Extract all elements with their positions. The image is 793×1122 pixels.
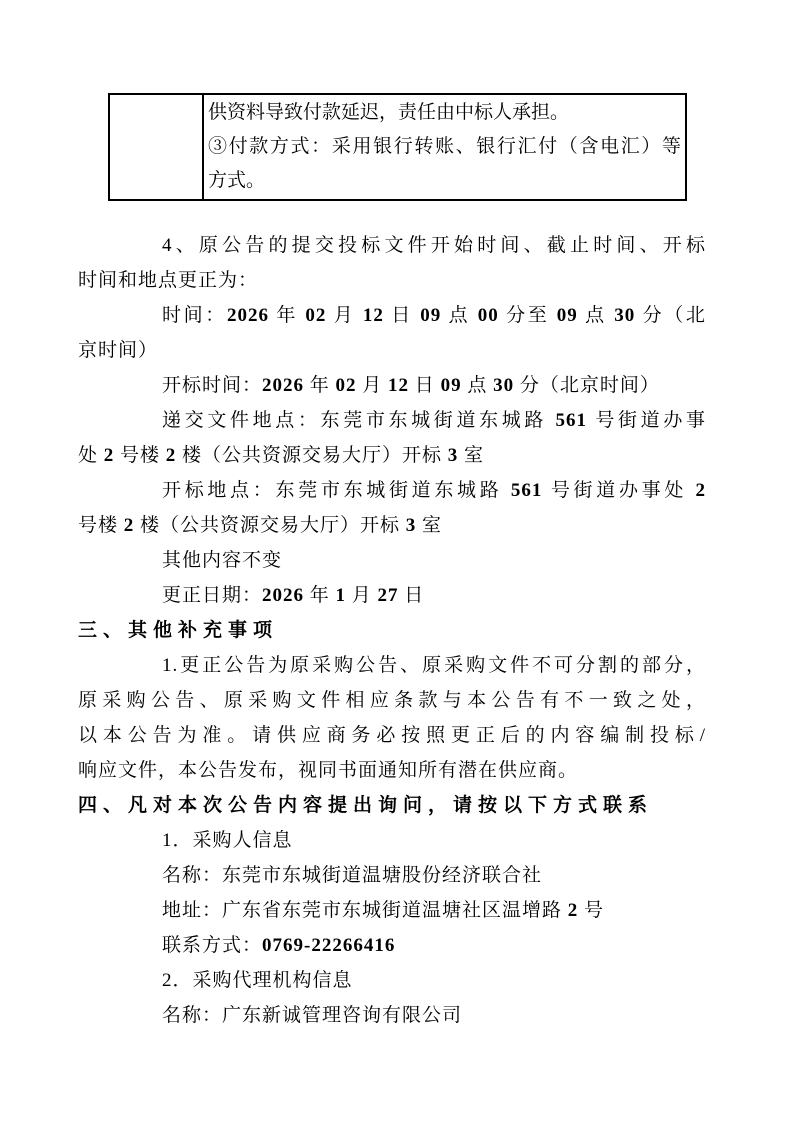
paragraph: 1.更正公告为原采购公告、原采购文件不可分割的部分，原采购公告、原采购文件相应条…	[78, 648, 706, 788]
text-line: 三、其他补充事项	[78, 613, 706, 648]
text-line: 联系方式：0769-22266416	[78, 928, 706, 963]
document-content: 供资料导致付款延迟，责任由中标人承担。③付款方式：采用银行转账、银行汇付（含电汇…	[78, 0, 706, 1033]
paragraph: 开标时间：2026 年 02 月 12 日 09 点 30 分（北京时间）	[78, 368, 706, 403]
text-line: 递交文件地点：东莞市东城街道东城路 561 号街道办事	[78, 403, 706, 438]
paragraph: 其他内容不变	[78, 543, 706, 578]
text-line: 开标地点：东莞市东城街道东城路 561 号街道办事处 2	[78, 473, 706, 508]
paragraph: 4、原公告的提交投标文件开始时间、截止时间、开标时间和地点更正为：	[78, 228, 706, 298]
text-line: 地址：广东省东莞市东城街道温塘社区温增路 2 号	[78, 893, 706, 928]
announcement-body: 4、原公告的提交投标文件开始时间、截止时间、开标时间和地点更正为：时间：2026…	[78, 228, 706, 1033]
text-line: 名称：广东新诚管理咨询有限公司	[78, 998, 706, 1033]
text-line: 京时间）	[78, 333, 706, 368]
text-line: ③付款方式：采用银行转账、银行汇付（含电汇）等	[208, 130, 681, 164]
text-line: 1.更正公告为原采购公告、原采购文件不可分割的部分，	[78, 648, 706, 683]
payment-terms-table: 供资料导致付款延迟，责任由中标人承担。③付款方式：采用银行转账、银行汇付（含电汇…	[108, 93, 687, 201]
text-line: 以本公告为准。请供应商务必按照更正后的内容编制投标/	[78, 718, 706, 753]
paragraph: 四、凡对本次公告内容提出询问，请按以下方式联系	[78, 788, 706, 823]
paragraph: 2．采购代理机构信息	[78, 963, 706, 998]
paragraph: 三、其他补充事项	[78, 613, 706, 648]
text-line: 时间和地点更正为：	[78, 263, 706, 298]
paragraph: 时间：2026 年 02 月 12 日 09 点 00 分至 09 点 30 分…	[78, 298, 706, 368]
paragraph: 递交文件地点：东莞市东城街道东城路 561 号街道办事处 2 号楼 2 楼（公共…	[78, 403, 706, 473]
paragraph: 联系方式：0769-22266416	[78, 928, 706, 963]
text-line: 开标时间：2026 年 02 月 12 日 09 点 30 分（北京时间）	[78, 368, 706, 403]
text-line: 时间：2026 年 02 月 12 日 09 点 00 分至 09 点 30 分…	[78, 298, 706, 333]
paragraph: 供资料导致付款延迟，责任由中标人承担。	[208, 96, 681, 130]
text-line: 其他内容不变	[78, 543, 706, 578]
text-line: 四、凡对本次公告内容提出询问，请按以下方式联系	[78, 788, 706, 823]
text-line: 4、原公告的提交投标文件开始时间、截止时间、开标	[78, 228, 706, 263]
paragraph: ③付款方式：采用银行转账、银行汇付（含电汇）等方式。	[208, 130, 681, 198]
text-line: 2．采购代理机构信息	[78, 963, 706, 998]
paragraph: 名称：东莞市东城街道温塘股份经济联合社	[78, 858, 706, 893]
text-line: 供资料导致付款延迟，责任由中标人承担。	[208, 96, 681, 130]
text-line: 1．采购人信息	[78, 823, 706, 858]
text-line: 名称：东莞市东城街道温塘股份经济联合社	[78, 858, 706, 893]
paragraph: 地址：广东省东莞市东城街道温塘社区温增路 2 号	[78, 893, 706, 928]
table-label-cell	[109, 94, 203, 200]
text-line: 原采购公告、原采购文件相应条款与本公告有不一致之处，	[78, 683, 706, 718]
table-content-cell: 供资料导致付款延迟，责任由中标人承担。③付款方式：采用银行转账、银行汇付（含电汇…	[203, 94, 686, 200]
table-row: 供资料导致付款延迟，责任由中标人承担。③付款方式：采用银行转账、银行汇付（含电汇…	[109, 94, 686, 200]
text-line: 号楼 2 楼（公共资源交易大厅）开标 3 室	[78, 508, 706, 543]
text-line: 更正日期：2026 年 1 月 27 日	[78, 578, 706, 613]
paragraph: 开标地点：东莞市东城街道东城路 561 号街道办事处 2号楼 2 楼（公共资源交…	[78, 473, 706, 543]
text-line: 处 2 号楼 2 楼（公共资源交易大厅）开标 3 室	[78, 438, 706, 473]
document-page: 供资料导致付款延迟，责任由中标人承担。③付款方式：采用银行转账、银行汇付（含电汇…	[0, 0, 793, 1122]
paragraph: 更正日期：2026 年 1 月 27 日	[78, 578, 706, 613]
paragraph: 名称：广东新诚管理咨询有限公司	[78, 998, 706, 1033]
text-line: 方式。	[208, 164, 681, 198]
text-line: 响应文件，本公告发布，视同书面通知所有潜在供应商。	[78, 753, 706, 788]
paragraph: 1．采购人信息	[78, 823, 706, 858]
